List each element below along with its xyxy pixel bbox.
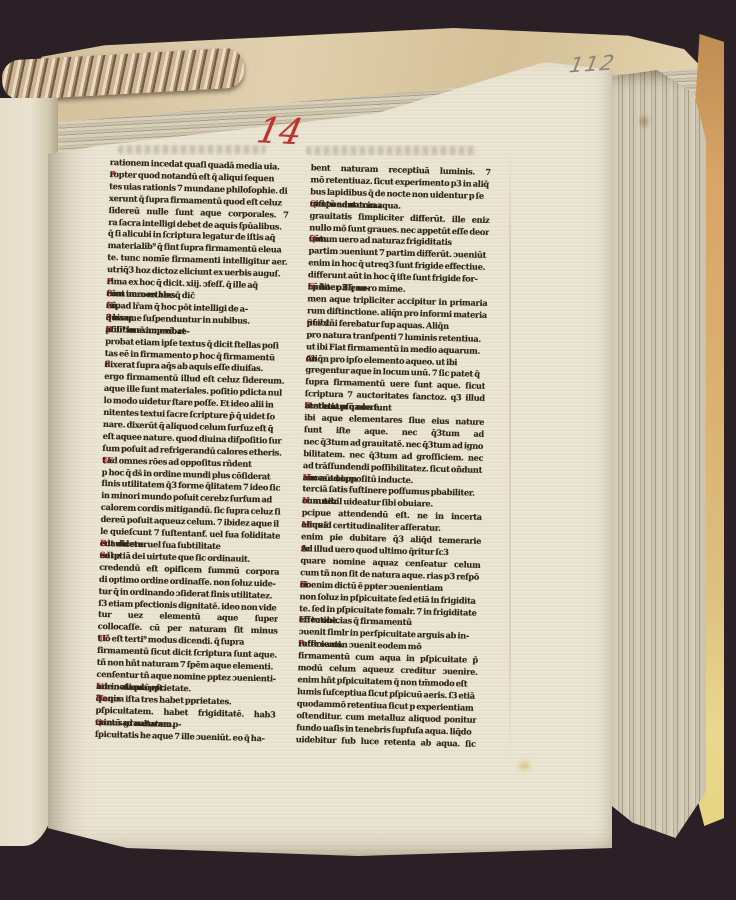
- text-line: queū-: [0, 673, 40, 685]
- text-line: ſit v̄: [0, 161, 40, 173]
- text-column-right: bent naturam receptiuā luminis. 7 quodam…: [295, 162, 491, 762]
- text-line: i niſi: [0, 209, 40, 221]
- text-line: tem ra: [0, 721, 40, 733]
- text-line: ſumi.: [0, 637, 40, 649]
- text-line: eū. ad: [0, 494, 40, 506]
- text-line: terū: [0, 506, 40, 518]
- text-line: ipm⁹: [0, 566, 40, 578]
- text-line: . q̄ q̄: [0, 554, 40, 566]
- text-line: it que: [0, 518, 40, 530]
- text-column-left: rationem incedat quaſi quadā media uia.P…: [94, 157, 290, 757]
- text-line: rā iō: [0, 387, 40, 399]
- paper-crease: [509, 150, 511, 760]
- text-line: ō⁹ q̄: [0, 256, 40, 268]
- text-line: celus: [0, 447, 40, 459]
- text-line: d pdi: [0, 697, 40, 709]
- bleedthrough-smudge-right: [306, 146, 476, 155]
- text-line: [0, 304, 40, 316]
- text-line: litatē: [0, 316, 40, 328]
- text-line: q̄daz: [0, 733, 40, 745]
- text-line: ergo: [0, 435, 40, 447]
- text-line: 7 to: [0, 399, 40, 411]
- text-line: ntie.: [0, 482, 40, 494]
- text-column-right-lines: bent naturam receptiuā luminis. 7 quodam…: [296, 162, 491, 750]
- bleedthrough-smudge-left: [118, 145, 266, 154]
- text-line: pora: [0, 292, 40, 304]
- text-line: 7 ſīr: [0, 340, 40, 352]
- edge-stain: [640, 116, 648, 127]
- text-line: 5 q̄: [0, 232, 40, 244]
- text-line: locan: [0, 280, 40, 292]
- text-line: ſſim⁹: [0, 590, 40, 602]
- page-stain: [519, 762, 530, 770]
- text-line: c ope: [0, 530, 40, 542]
- text-line: eadez: [0, 625, 40, 637]
- text-line: ionib⁹: [0, 744, 40, 756]
- text-line: . 7 ita: [0, 578, 40, 590]
- text-line: mīn⁹: [0, 268, 40, 280]
- text-line: frigi-: [0, 613, 40, 625]
- text-line: ic om: [0, 685, 40, 697]
- text-line: ibi a-: [0, 542, 40, 554]
- facing-page-fragments: ſit v̄ſpēzgo ſinde-i niſidina5 q̄nantō⁹ …: [0, 161, 40, 756]
- text-line: bis: [0, 459, 40, 471]
- text-line: ignē: [0, 375, 40, 387]
- text-line: da hic: [0, 471, 40, 483]
- text-line: reſie: [0, 352, 40, 364]
- text-line: tōue-: [0, 649, 40, 661]
- text-line: e. er: [0, 411, 40, 423]
- text-line: nde-: [0, 197, 40, 209]
- book-photo: ſit v̄ſpēzgo ſinde-i niſidina5 q̄nantō⁹ …: [0, 0, 736, 900]
- text-block: rationem incedat quaſi quadā media uia.P…: [94, 157, 491, 762]
- text-line: go ſi: [0, 185, 40, 197]
- text-line: nant: [0, 244, 40, 256]
- text-line: orez.: [0, 328, 40, 340]
- text-line: idet.: [0, 602, 40, 614]
- fore-edge-page-stack: [604, 70, 706, 838]
- text-line: dina: [0, 221, 40, 233]
- text-line: ac q̄e: [0, 709, 40, 721]
- text-line: q̄3 ui: [0, 363, 40, 375]
- text-line: ſunt il: [0, 661, 40, 673]
- text-line: e. er-: [0, 423, 40, 435]
- text-line: ſpēz: [0, 173, 40, 185]
